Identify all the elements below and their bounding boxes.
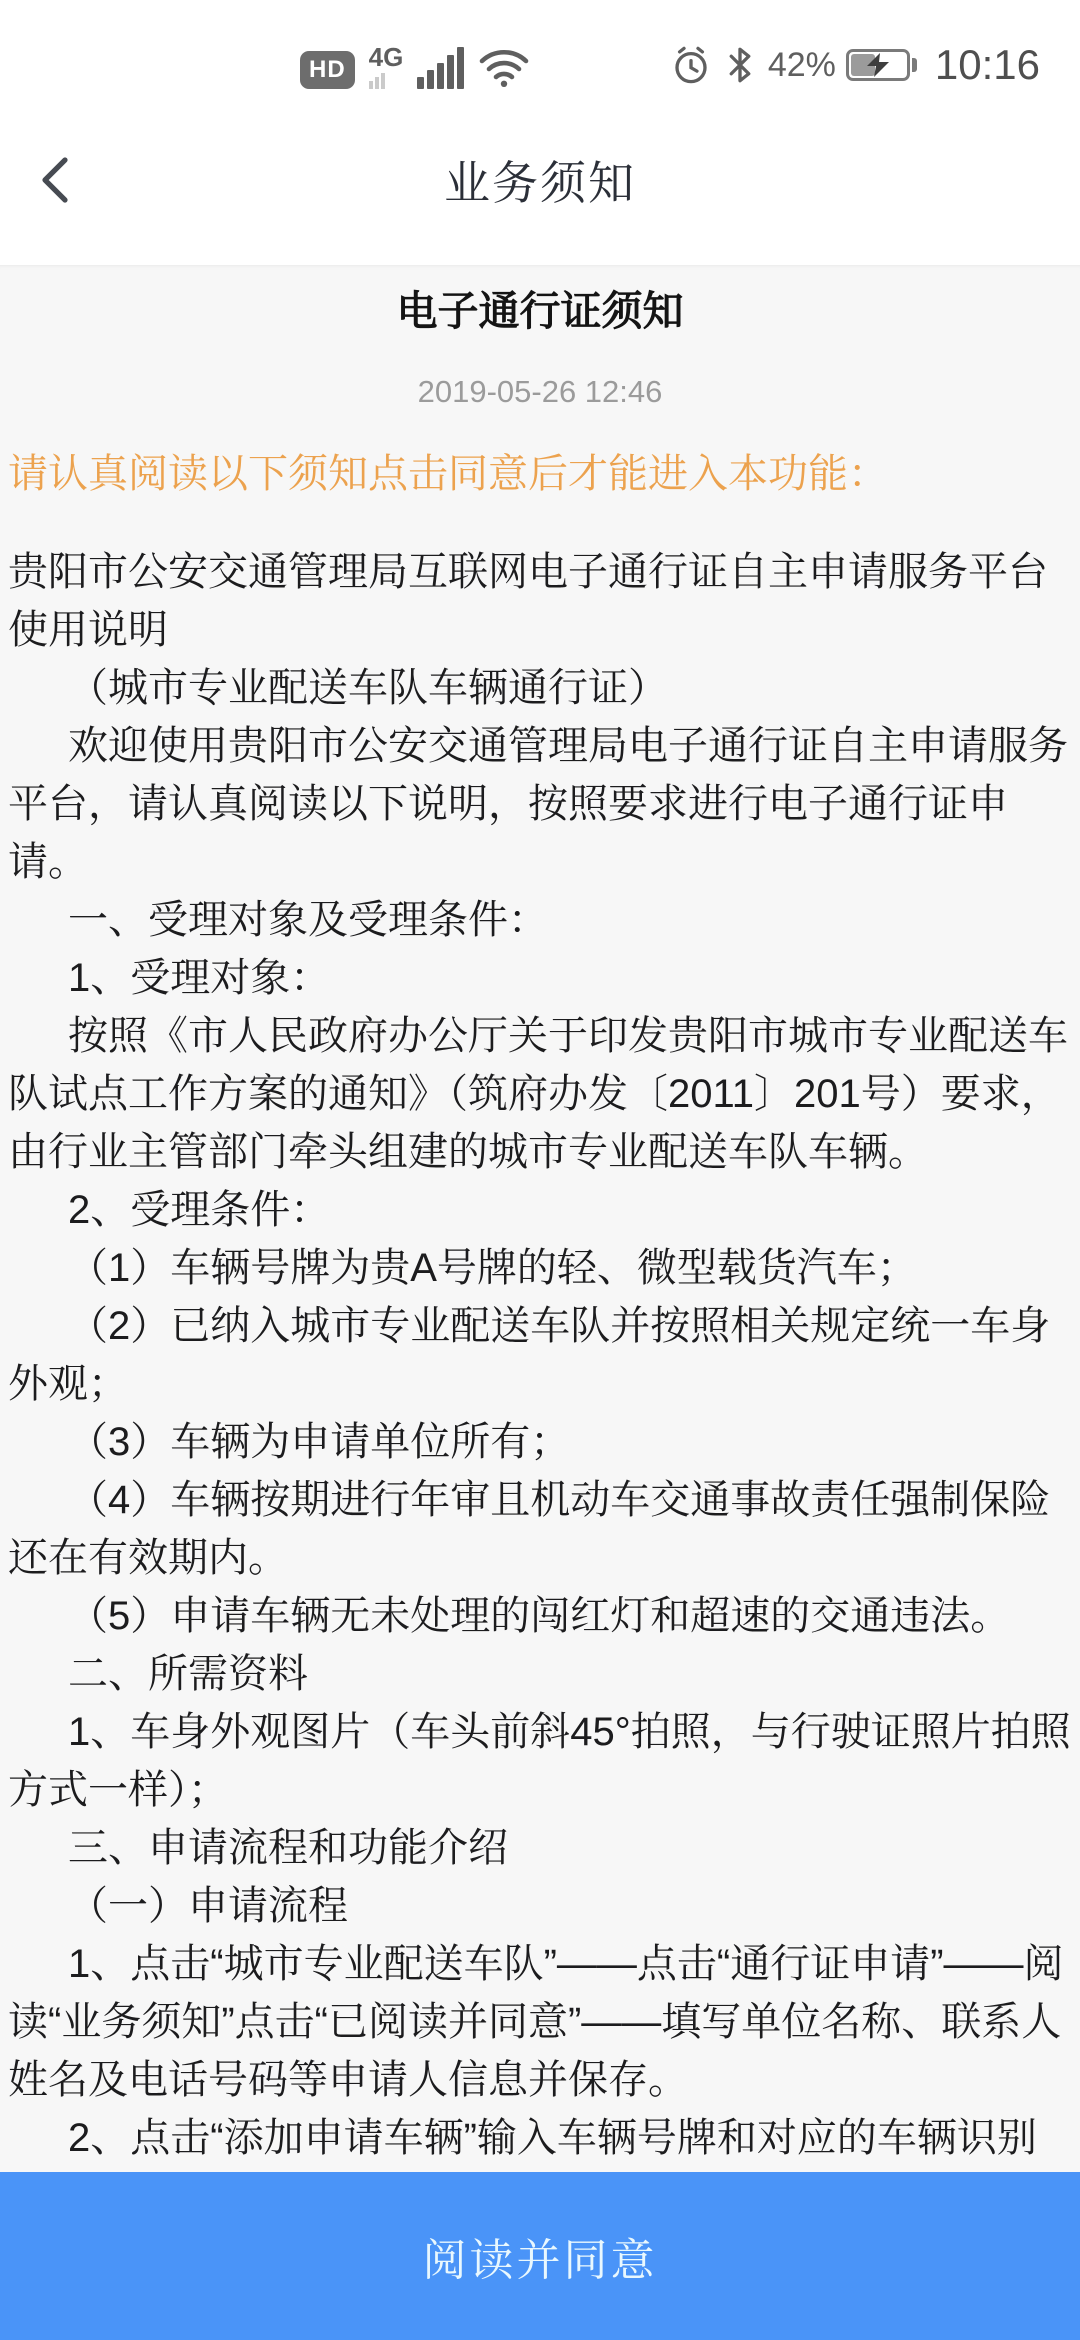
notice-paragraph: 一、受理对象及受理条件： (8, 891, 1072, 949)
notice-paragraph: （5）申请车辆无未处理的闯红灯和超速的交通违法。 (8, 1587, 1072, 1645)
nav-bar: 业务须知 (0, 95, 1080, 265)
notice-paragraph: 2、受理条件： (8, 1181, 1072, 1239)
notice-date: 2019-05-26 12:46 (8, 376, 1072, 407)
notice-paragraph: 1、受理对象： (8, 949, 1072, 1007)
notice-content[interactable]: 电子通行证须知 2019-05-26 12:46 请认真阅读以下须知点击同意后才… (0, 265, 1080, 2340)
notice-paragraph: 三、申请流程和功能介绍 (8, 1819, 1072, 1877)
wifi-icon (478, 45, 530, 89)
agree-button-label: 阅读并同意 (423, 2224, 658, 2288)
battery-icon (846, 49, 917, 81)
notice-title: 电子通行证须知 (8, 291, 1072, 332)
signal-strength-icon (417, 45, 464, 89)
notice-paragraph: （1）车辆号牌为贵A号牌的轻、微型载货汽车； (8, 1239, 1072, 1297)
alarm-icon (670, 44, 712, 86)
notice-paragraph: 1、车身外观图片（车头前斜45°拍照，与行驶证照片拍照方式一样）； (8, 1703, 1072, 1819)
notice-warning-text: 请认真阅读以下须知点击同意后才能进入本功能： (8, 445, 1072, 503)
clock-time: 10:16 (935, 41, 1040, 89)
hd-volte-icon: HD (300, 51, 355, 89)
notice-paragraph: （一）申请流程 (8, 1877, 1072, 1935)
network-type-label: 4G (369, 44, 404, 70)
status-left-cluster: HD 4G (300, 44, 530, 89)
notice-paragraph: （3）车辆为申请单位所有； (8, 1413, 1072, 1471)
notice-paragraph: （4）车辆按期进行年审且机动车交通事故责任强制保险还在有效期内。 (8, 1471, 1072, 1587)
notice-paragraph: 按照《市人民政府办公厅关于印发贵阳市城市专业配送车队试点工作方案的通知》（筑府办… (8, 1007, 1072, 1181)
status-right-cluster: 42% 10:16 (670, 41, 1040, 89)
battery-percent-label: 42% (768, 46, 836, 85)
page-title: 业务须知 (0, 147, 1080, 213)
sim2-signal-icon (369, 73, 385, 89)
notice-paragraph: （2）已纳入城市专业配送车队并按照相关规定统一车身外观； (8, 1297, 1072, 1413)
notice-paragraph: 2、点击“添加申请车辆”输入车辆号牌和对应的车辆识别 (8, 2109, 1072, 2167)
network-type-indicator: 4G (369, 44, 404, 89)
notice-paragraph: 1、点击“城市专业配送车队”——点击“通行证申请”——阅读“业务须知”点击“已阅… (8, 1935, 1072, 2109)
notice-paragraph: （城市专业配送车队车辆通行证） (8, 659, 1072, 717)
status-bar: HD 4G (0, 0, 1080, 95)
notice-body: 贵阳市公安交通管理局互联网电子通行证自主申请服务平台使用说明 （城市专业配送车队… (8, 543, 1072, 2167)
notice-paragraph: 贵阳市公安交通管理局互联网电子通行证自主申请服务平台使用说明 (8, 543, 1072, 659)
agree-button[interactable]: 阅读并同意 (0, 2172, 1080, 2340)
notice-paragraph: 欢迎使用贵阳市公安交通管理局电子通行证自主申请服务平台，请认真阅读以下说明，按照… (8, 717, 1072, 891)
bluetooth-icon (722, 44, 758, 86)
notice-paragraph: 二、所需资料 (8, 1645, 1072, 1703)
